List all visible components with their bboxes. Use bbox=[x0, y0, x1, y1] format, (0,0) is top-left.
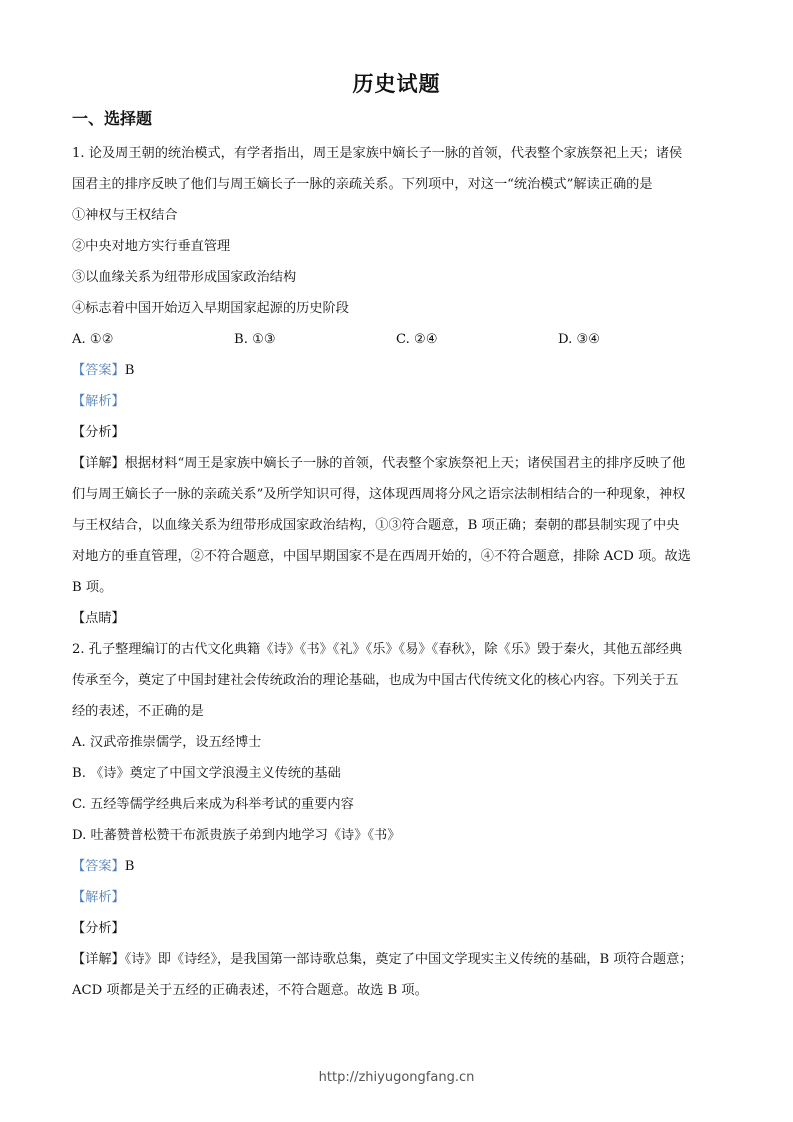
answer-line: 【答案】B bbox=[72, 355, 722, 386]
statement: ④标志着中国开始迈入早期国家起源的历史阶段 bbox=[72, 293, 722, 324]
question-1: 1. 论及周王朝的统治模式，有学者指出，周王是家族中嫡长子一脉的首领，代表整个家… bbox=[72, 138, 722, 634]
document-page: 历史试题 一、选择题 1. 论及周王朝的统治模式，有学者指出，周王是家族中嫡长子… bbox=[0, 0, 793, 1122]
question-stem-line: 经的表述，不正确的是 bbox=[72, 696, 722, 727]
question-stem-line: 1. 论及周王朝的统治模式，有学者指出，周王是家族中嫡长子一脉的首领，代表整个家… bbox=[72, 138, 722, 169]
question-stem-line: 国君主的排序反映了他们与周王嫡长子一脉的亲疏关系。下列项中，对这一“统治模式”解… bbox=[72, 169, 722, 200]
option-b: B. ①③ bbox=[234, 324, 396, 355]
statement: ③以血缘关系为纽带形成国家政治结构 bbox=[72, 262, 722, 293]
option-d: D. 吐蕃赞普松赞干布派贵族子弟到内地学习《诗》《书》 bbox=[72, 820, 722, 851]
option-c: C. ②④ bbox=[396, 324, 558, 355]
options-row: A. ①② B. ①③ C. ②④ D. ③④ bbox=[72, 324, 722, 355]
detail-line: B 项。 bbox=[72, 572, 722, 603]
answer-value: B bbox=[125, 363, 135, 378]
answer-label: 【答案】 bbox=[72, 363, 125, 378]
option-c: C. 五经等儒学经典后来成为科举考试的重要内容 bbox=[72, 789, 722, 820]
question-stem-line: 传承至今，奠定了中国封建社会传统政治的理论基础，也成为中国古代传统文化的核心内容… bbox=[72, 665, 722, 696]
option-d: D. ③④ bbox=[558, 324, 720, 355]
detail-line: 对地方的垂直管理，②不符合题意，中国早期国家不是在西周开始的，④不符合题意，排除… bbox=[72, 541, 722, 572]
fenxi-label: 【分析】 bbox=[72, 913, 722, 944]
analysis-label: 【解析】 bbox=[72, 882, 722, 913]
question-stem-line: 2. 孔子整理编订的古代文化典籍《诗》《书》《礼》《乐》《易》《春秋》，除《乐》… bbox=[72, 634, 722, 665]
detail-line: 与王权结合，以血缘关系为纽带形成国家政治结构，①③符合题意，B 项正确；秦朝的郡… bbox=[72, 510, 722, 541]
detail-line: 【详解】《诗》即《诗经》，是我国第一部诗歌总集，奠定了中国文学现实主义传统的基础… bbox=[72, 944, 722, 975]
answer-label: 【答案】 bbox=[72, 859, 125, 874]
fenxi-label: 【分析】 bbox=[72, 417, 722, 448]
option-b: B. 《诗》奠定了中国文学浪漫主义传统的基础 bbox=[72, 758, 722, 789]
option-a: A. 汉武帝推崇儒学，设五经博士 bbox=[72, 727, 722, 758]
answer-line: 【答案】B bbox=[72, 851, 722, 882]
section-heading: 一、选择题 bbox=[72, 106, 152, 129]
statement: ①神权与王权结合 bbox=[72, 200, 722, 231]
statement: ②中央对地方实行垂直管理 bbox=[72, 231, 722, 262]
page-title: 历史试题 bbox=[0, 68, 793, 98]
dianjing-label: 【点睛】 bbox=[72, 603, 722, 634]
detail-line: 【详解】根据材料“周王是家族中嫡长子一脉的首领，代表整个家族祭祀上天；诸侯国君主… bbox=[72, 448, 722, 479]
option-a: A. ①② bbox=[72, 324, 234, 355]
detail-line: ACD 项都是关于五经的正确表述，不符合题意。故选 B 项。 bbox=[72, 975, 722, 1006]
detail-line: 们与周王嫡长子一脉的亲疏关系”及所学知识可得，这体现西周将分风之语宗法制相结合的… bbox=[72, 479, 722, 510]
document-body: 1. 论及周王朝的统治模式，有学者指出，周王是家族中嫡长子一脉的首领，代表整个家… bbox=[72, 138, 722, 1006]
question-2: 2. 孔子整理编订的古代文化典籍《诗》《书》《礼》《乐》《易》《春秋》，除《乐》… bbox=[72, 634, 722, 1006]
footer-url: http://zhiyugongfang.cn bbox=[0, 1070, 793, 1085]
analysis-label: 【解析】 bbox=[72, 386, 722, 417]
answer-value: B bbox=[125, 859, 135, 874]
